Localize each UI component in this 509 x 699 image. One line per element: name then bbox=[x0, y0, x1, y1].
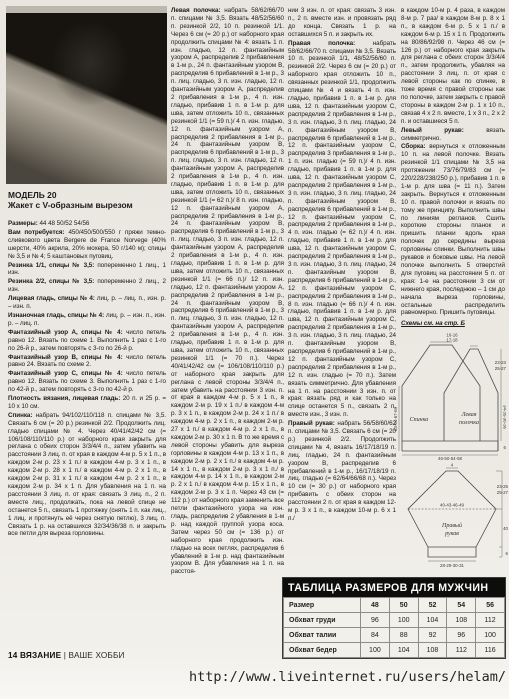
model-heading: МОДЕЛЬ 20 Жакет с V-образным вырезом bbox=[8, 190, 166, 210]
table-cell: 92 bbox=[418, 628, 447, 643]
table-cell: 52 bbox=[418, 598, 447, 613]
paragraph-text: в каждом 10-м р. 4 раза, в каждом 8-м р.… bbox=[401, 7, 505, 125]
table-row: Обхват бедер100104108112116 bbox=[284, 643, 505, 658]
paragraph: Плотность вязания, лицевая гладь: 20 п. … bbox=[8, 395, 166, 411]
paragraph-text: набрать 58/62/66/70 п. спицами № 3,5. Вя… bbox=[288, 40, 396, 419]
paragraph-lead: Фантазийный узор В, спицы № 4: bbox=[8, 354, 123, 361]
paragraph-lead: Сборка: bbox=[401, 143, 425, 150]
paragraph-lead: Размеры: bbox=[8, 220, 38, 227]
table-cell: 108 bbox=[447, 613, 476, 628]
paragraph: Вам потребуется: 450/450/500/550 г пряжи… bbox=[8, 229, 166, 261]
paragraph-text: набрать 94/102/110/118 п. спицами № 3,5.… bbox=[8, 412, 166, 538]
paragraph: Левая полочка: набрать 58/62/66/70 п. сп… bbox=[171, 7, 284, 576]
paragraph: Лицевая гладь, спицы № 4: лиц. р. – лиц.… bbox=[8, 295, 166, 311]
footer-page-magazine: 14 ВЯЗАНИЕ bbox=[8, 651, 61, 660]
table-cell: 96 bbox=[361, 613, 390, 628]
front-label-line2: полочка bbox=[459, 420, 479, 426]
paragraph-lead: Спинка: bbox=[8, 412, 32, 419]
paragraph: Спинка: набрать 94/102/110/118 п. спицам… bbox=[8, 412, 166, 539]
sleeve-dim-right-top2: 25-27 bbox=[497, 490, 508, 495]
paragraph-lead: Резинка 1/1, спицы № 3,5: bbox=[8, 262, 94, 269]
paragraph-lead: Фантазийный узор А, спицы № 4: bbox=[8, 329, 123, 336]
table-row: Обхват груди96100104108112 bbox=[284, 613, 505, 628]
dim-right-rib: 6 bbox=[504, 445, 506, 450]
page-footer: 14 ВЯЗАНИЕ | ВАШЕ ХОББИ bbox=[8, 651, 125, 660]
table-cell: 104 bbox=[418, 613, 447, 628]
paragraph: Резинка 2/2, спицы № 3,5: попеременно 2 … bbox=[8, 278, 166, 294]
paragraph-text: набрать 58/62/66/70 п. спицами № 3,5. Вя… bbox=[171, 7, 284, 575]
footer-section: | ВАШЕ ХОББИ bbox=[61, 651, 124, 660]
sleeve-schematic-diagram: Правый рукав 4 40-43-46-49 23-25 25-27 4… bbox=[396, 461, 508, 569]
table-cell: 100 bbox=[476, 628, 505, 643]
model-title: Жакет с V-образным вырезом bbox=[8, 200, 166, 210]
paragraph-lead: Левая полочка: bbox=[171, 7, 221, 14]
table-cell: 100 bbox=[389, 613, 418, 628]
front-outline bbox=[444, 349, 498, 451]
sleeve-dim-bottom: 28-29-30-31 bbox=[440, 563, 464, 568]
table-cell: 116 bbox=[476, 643, 505, 658]
magazine-page: МОДЕЛЬ 20 Жакет с V-образным вырезом Раз… bbox=[0, 0, 509, 699]
paragraph-lead: Левый рукав: bbox=[401, 127, 464, 134]
model-number: МОДЕЛЬ 20 bbox=[8, 190, 166, 200]
table-cell: 84 bbox=[361, 628, 390, 643]
dim-right-top2: 25-27 bbox=[495, 366, 506, 371]
paragraph: Левый рукав: вязать симметрично. bbox=[401, 127, 505, 143]
table-row-label: Обхват талии bbox=[284, 628, 361, 643]
paragraph: в каждом 10-м р. 4 раза, в каждом 8-м р.… bbox=[401, 7, 505, 126]
paragraph: нии 3 изн. п. от края: связать 3 изн. п.… bbox=[288, 7, 396, 39]
paragraph-lead: Правая полочка: bbox=[288, 40, 355, 47]
table-row-label: Размер bbox=[284, 598, 361, 613]
back-label: Спинка bbox=[410, 417, 429, 423]
table-cell: 88 bbox=[389, 628, 418, 643]
body-schematic-diagram: Спинка Левая полочка 16-16 17-18 23-23 2… bbox=[394, 331, 506, 461]
table-row-label: Обхват груди bbox=[284, 613, 361, 628]
table-cell: 100 bbox=[361, 643, 390, 658]
dim-right-top1: 23-23 bbox=[495, 360, 506, 365]
paragraph: Изнаночная гладь, спицы № 4: лиц. р. – и… bbox=[8, 312, 166, 328]
paragraph: Правая полочка: набрать 58/62/66/70 п. с… bbox=[288, 40, 396, 420]
table-cell: 96 bbox=[447, 628, 476, 643]
table-cell: 48 bbox=[361, 598, 390, 613]
table-row-label: Обхват бедер bbox=[284, 643, 361, 658]
dim-left: 63-64-67-69 bbox=[394, 406, 398, 430]
paragraph-text: Схемы см. на стр. Б bbox=[401, 320, 465, 327]
paragraph: Схемы см. на стр. Б bbox=[401, 320, 505, 328]
back-outline bbox=[402, 345, 480, 451]
sleeve-rib-band bbox=[428, 547, 476, 557]
column-assembly: в каждом 10-м р. 4 раза, в каждом 8-м р.… bbox=[401, 7, 505, 331]
paragraph: Резинка 1/1, спицы № 3,5: попеременно 1 … bbox=[8, 262, 166, 278]
table-cell: 56 bbox=[476, 598, 505, 613]
sleeve-dim-right-mid: 40 bbox=[503, 526, 508, 531]
sleeve-dim-right-rib: 6 bbox=[506, 551, 508, 556]
table-cell: 54 bbox=[447, 598, 476, 613]
front-label-line1: Левая bbox=[460, 412, 476, 418]
paragraph-lead: Правый рукав: bbox=[288, 420, 335, 427]
table-cell: 108 bbox=[418, 643, 447, 658]
paragraph-text: нии 3 изн. п. от края: связать 3 изн. п.… bbox=[288, 7, 396, 38]
paragraph: Фантазийный узор В, спицы № 4: число пет… bbox=[8, 354, 166, 370]
rib-band bbox=[402, 441, 498, 451]
paragraph: Правый рукав: набрать 56/58/60/62 п. спи… bbox=[288, 420, 396, 523]
paragraph: Фантазийный узор С, спицы № 4: число пет… bbox=[8, 370, 166, 394]
dim-right-mid: 34-35-36-36 bbox=[503, 405, 507, 429]
sleeve-dim-top: 4 bbox=[451, 463, 454, 468]
table-row: Размер4850525456 bbox=[284, 598, 505, 613]
body-schematic-svg: Спинка Левая полочка 16-16 17-18 23-23 2… bbox=[394, 331, 506, 461]
column-right-front: нии 3 изн. п. от края: связать 3 изн. п.… bbox=[288, 7, 396, 571]
dimension-lines bbox=[399, 342, 501, 455]
paragraph-text: набрать 56/58/60/62 п. спицами № 3,5. Св… bbox=[288, 420, 396, 522]
sleeve-dim-right-top1: 23-25 bbox=[497, 484, 508, 489]
paragraph-text: 44 48 50/52 54/56 bbox=[38, 220, 90, 227]
column-intro: Размеры: 44 48 50/52 54/56Вам потребуетс… bbox=[8, 220, 166, 646]
table-cell: 112 bbox=[447, 643, 476, 658]
paragraph: Размеры: 44 48 50/52 54/56 bbox=[8, 220, 166, 228]
table-cell: 112 bbox=[476, 613, 505, 628]
sleeve-label-line1: Правый bbox=[441, 522, 462, 529]
paragraph-lead: Плотность вязания, лицевая гладь: bbox=[8, 395, 120, 402]
column-left-front: Левая полочка: набрать 58/62/66/70 п. сп… bbox=[171, 7, 284, 649]
size-table-grid: Размер4850525456Обхват груди961001041081… bbox=[283, 597, 505, 658]
paragraph-text: вернуться к отложенным 10 п. на левой по… bbox=[401, 143, 505, 316]
table-cell: 50 bbox=[389, 598, 418, 613]
size-table-title: ТАБЛИЦА РАЗМЕРОВ ДЛЯ МУЖЧИН bbox=[283, 578, 505, 597]
sleeve-label-line2: рукав bbox=[444, 531, 459, 537]
paragraph-lead: Лицевая гладь, спицы № 4: bbox=[8, 295, 95, 302]
paragraph-lead: Вам потребуется: bbox=[8, 229, 65, 236]
sleeve-schematic-svg: Правый рукав 4 40-43-46-49 23-25 25-27 4… bbox=[396, 461, 508, 569]
paragraph-lead: Фантазийный узор С, спицы № 4: bbox=[8, 370, 123, 377]
paragraph-lead: Изнаночная гладь, спицы № 4: bbox=[8, 312, 104, 319]
paragraph-lead: Резинка 2/2, спицы № 3,5: bbox=[8, 278, 94, 285]
paragraph: Фантазийный узор А, спицы № 4: число пет… bbox=[8, 329, 166, 353]
dim-top2: 17-18 bbox=[446, 338, 458, 343]
mens-size-table: ТАБЛИЦА РАЗМЕРОВ ДЛЯ МУЖЧИН Размер485052… bbox=[282, 577, 506, 659]
table-row: Обхват талии84889296100 bbox=[284, 628, 505, 643]
watermark-url: http://www.liveinternet.ru/users/helam/ bbox=[189, 669, 506, 685]
model-photo bbox=[6, 6, 167, 184]
table-cell: 104 bbox=[389, 643, 418, 658]
sleeve-dim-mid: 40-43-46-49 bbox=[440, 503, 464, 508]
paragraph: Сборка: вернуться к отложенным 10 п. на … bbox=[401, 143, 505, 317]
